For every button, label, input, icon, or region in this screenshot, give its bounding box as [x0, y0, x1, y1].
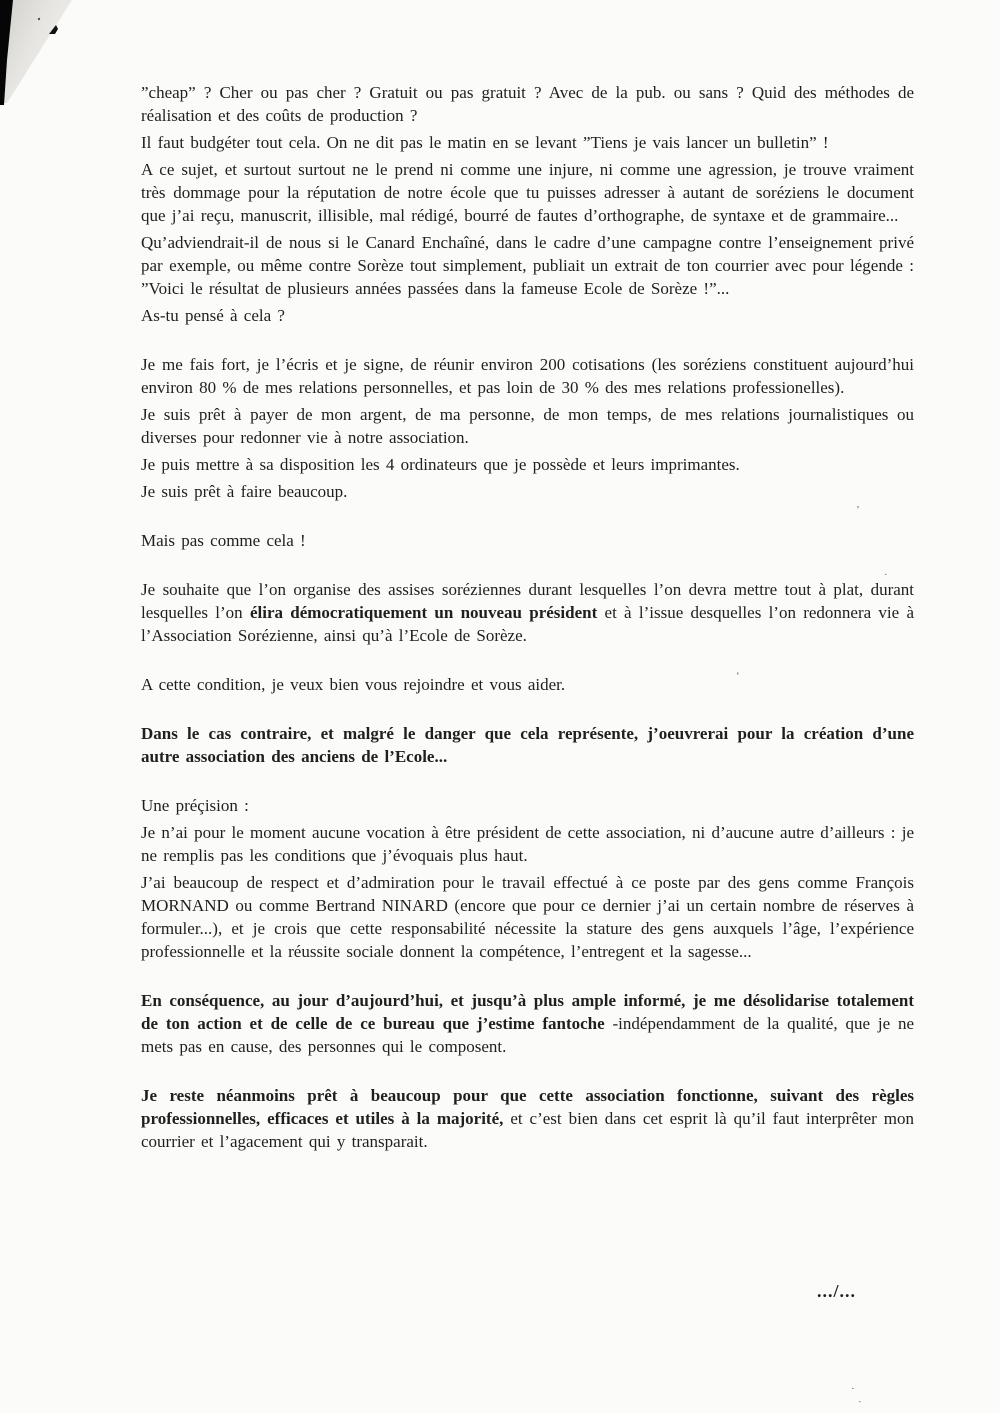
- paragraph: Je suis prêt à payer de mon argent, de m…: [141, 403, 914, 449]
- scan-speck: ʼ: [856, 505, 860, 516]
- scanned-letter-page: ”cheap” ? Cher ou pas cher ? Gratuit ou …: [0, 0, 1000, 1413]
- text-run: A cette condition, je veux bien vous rej…: [141, 675, 565, 694]
- letter-body: ”cheap” ? Cher ou pas cher ? Gratuit ou …: [141, 81, 914, 1153]
- text-run: Je suis prêt à faire beaucoup.: [141, 482, 347, 501]
- paragraph: A cette condition, je veux bien vous rej…: [141, 673, 914, 696]
- text-run: Je suis prêt à payer de mon argent, de m…: [141, 405, 914, 447]
- scan-speck: ·: [884, 570, 888, 581]
- text-run: ”cheap” ? Cher ou pas cher ? Gratuit ou …: [141, 83, 914, 125]
- paragraph: Une préçision :: [141, 794, 914, 817]
- paragraph: Je souhaite que l’on organise des assise…: [141, 578, 914, 647]
- bold-text-run: Dans le cas contraire, et malgré le dang…: [141, 724, 914, 766]
- paragraph: ”cheap” ? Cher ou pas cher ? Gratuit ou …: [141, 81, 914, 127]
- pen-mark-icon: [32, 12, 66, 44]
- paragraph: Dans le cas contraire, et malgré le dang…: [141, 722, 914, 768]
- text-run: Je me fais fort, je l’écris et je signe,…: [141, 355, 914, 397]
- text-run: As-tu pensé à cela ?: [141, 306, 285, 325]
- scan-speck: ʻ: [736, 671, 740, 682]
- paragraph: J’ai beaucoup de respect et d’admiration…: [141, 871, 914, 963]
- text-run: Mais pas comme cela !: [141, 531, 306, 550]
- bold-text-run: élira démocratiquement un nouveau présid…: [250, 603, 597, 622]
- paragraph: Qu’adviendrait-il de nous si le Canard E…: [141, 231, 914, 300]
- text-run: A ce sujet, et surtout surtout ne le pre…: [141, 160, 914, 225]
- text-run: Une préçision :: [141, 796, 249, 815]
- paragraph: En conséquence, au jour d’aujourd’hui, e…: [141, 989, 914, 1058]
- text-run: Il faut budgéter tout cela. On ne dit pa…: [141, 133, 829, 152]
- text-run: Qu’adviendrait-il de nous si le Canard E…: [141, 233, 914, 298]
- paragraph: Je puis mettre à sa disposition les 4 or…: [141, 453, 914, 476]
- paragraph: As-tu pensé à cela ?: [141, 304, 914, 327]
- text-run: Je n’ai pour le moment aucune vocation à…: [141, 823, 914, 865]
- text-run: J’ai beaucoup de respect et d’admiration…: [141, 873, 914, 961]
- paragraph: Je n’ai pour le moment aucune vocation à…: [141, 821, 914, 867]
- scan-speck: ˏ: [858, 1392, 862, 1403]
- scan-speck: ·: [851, 1384, 855, 1395]
- paragraph: Je reste néanmoins prêt à beaucoup pour …: [141, 1084, 914, 1153]
- text-run: Je puis mettre à sa disposition les 4 or…: [141, 455, 740, 474]
- continuation-mark: .../...: [817, 1281, 856, 1302]
- paragraph: Mais pas comme cela !: [141, 529, 914, 552]
- paragraph: A ce sujet, et surtout surtout ne le pre…: [141, 158, 914, 227]
- paragraph: Je me fais fort, je l’écris et je signe,…: [141, 353, 914, 399]
- paragraph: Je suis prêt à faire beaucoup.: [141, 480, 914, 503]
- paragraph: Il faut budgéter tout cela. On ne dit pa…: [141, 131, 914, 154]
